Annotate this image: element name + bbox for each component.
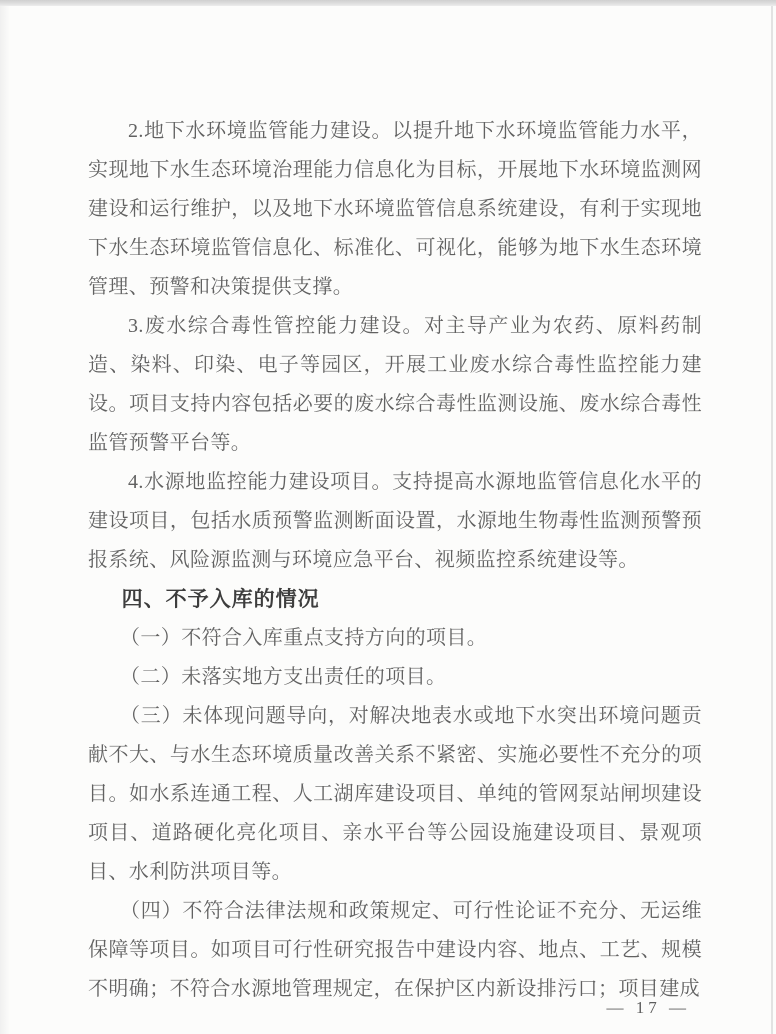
paragraph: （三）未体现问题导向，对解决地表水或地下水突出环境问题贡献不大、与水生态环境质量… [88, 697, 702, 892]
paragraph: 3.废水综合毒性管控能力建设。对主导产业为农药、原料药制造、染料、印染、电子等园… [88, 307, 702, 463]
scan-right-edge [771, 6, 773, 1034]
paragraph: 4.水源地监控能力建设项目。支持提高水源地监管信息化水平的建设项目，包括水质预警… [88, 463, 702, 580]
page-number: — 17 — [607, 998, 691, 1018]
section-heading: 四、不予入库的情况 [88, 580, 702, 619]
scan-left-shade [0, 6, 10, 1034]
paragraph: （二）未落实地方支出责任的项目。 [88, 658, 702, 697]
scan-top-edge [0, 0, 776, 6]
paragraph: （四）不符合法律法规和政策规定、可行性论证不充分、无运维保障等项目。如项目可行性… [88, 892, 702, 1009]
paragraph: 2.地下水环境监管能力建设。以提升地下水环境监管能力水平，实现地下水生态环境治理… [88, 112, 702, 307]
paragraph: （一）不符合入库重点支持方向的项目。 [88, 619, 702, 658]
document-body: 2.地下水环境监管能力建设。以提升地下水环境监管能力水平，实现地下水生态环境治理… [88, 112, 702, 1009]
scanned-document-page: 2.地下水环境监管能力建设。以提升地下水环境监管能力水平，实现地下水生态环境治理… [0, 0, 776, 1034]
